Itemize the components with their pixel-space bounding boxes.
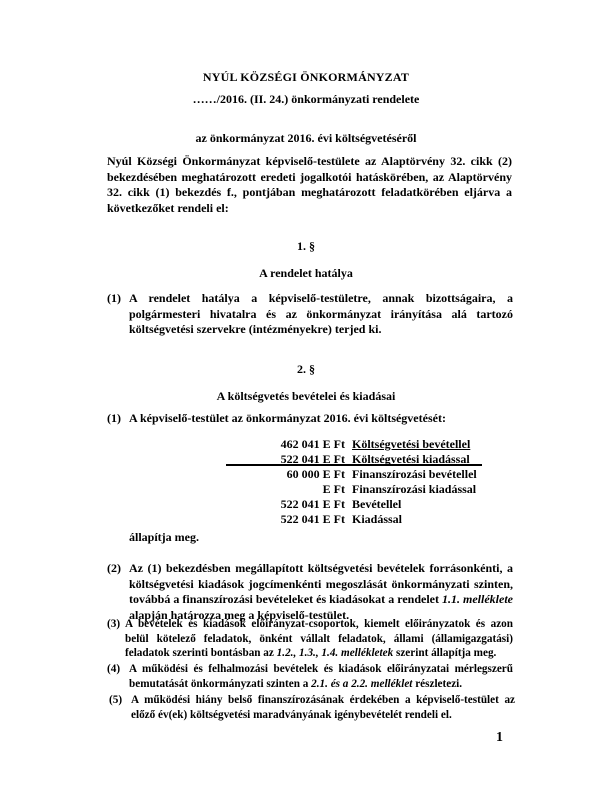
budget-label: Bevétellel [352, 497, 401, 512]
item-text: A képviselő-testület az önkormányzat 201… [129, 411, 513, 427]
item-number: (2) [107, 561, 121, 577]
item-number: (1) [107, 411, 121, 427]
budget-label: Finanszírozási bevétellel [352, 467, 477, 482]
section-1-number: 1. § [0, 239, 612, 254]
budget-label: Kiadással [352, 512, 402, 527]
item-text: Az (1) bekezdésben megállapított költség… [129, 561, 513, 623]
budget-row: E FtFinanszírozási kiadással [226, 482, 488, 497]
budget-amount: 522 041 E Ft [281, 497, 345, 512]
budget-row: 522 041 E FtBevétellel [226, 497, 488, 512]
item-text: A működési és felhalmozási bevételek és … [129, 662, 513, 691]
regulation-number: ……/2016. (II. 24.) önkormányzati rendele… [0, 92, 612, 107]
budget-amount: 522 041 E Ft [281, 512, 345, 527]
annex-reference: 1.2., 1.3., 1.4. mellékletek [277, 647, 394, 659]
preamble: Nyúl Községi Önkormányzat képviselő-test… [107, 154, 512, 216]
budget-row: 462 041 E FtKöltségvetési bevétellel [226, 437, 488, 452]
budget-label: Költségvetési bevétellel [352, 437, 470, 452]
section-2-title: A költségvetés bevételei és kiadásai [0, 389, 612, 404]
section-2-item-3: (3) A bevételek és kiadások előirányzat-… [107, 617, 513, 661]
item-text: A bevételek és kiadások előirányzat-csop… [125, 617, 513, 661]
section-1-item-1: (1) A rendelet hatálya a képviselő-testü… [107, 291, 513, 338]
budget-closing-text: állapítja meg. [129, 530, 199, 545]
section-1-title: A rendelet hatálya [0, 266, 612, 281]
budget-row: 522 041 E FtKiadással [226, 512, 488, 527]
section-2-item-2: (2) Az (1) bekezdésben megállapított köl… [107, 561, 513, 623]
section-2-item-1: (1) A képviselő-testület az önkormányzat… [107, 411, 513, 427]
item-text: A működési hiány belső finanszírozásának… [131, 693, 515, 722]
regulation-subject: az önkormányzat 2016. évi költségvetésér… [0, 131, 612, 146]
budget-amount: 60 000 E Ft [287, 467, 345, 482]
budget-amount: E Ft [323, 482, 345, 497]
budget-row: 60 000 E FtFinanszírozási bevétellel [226, 467, 488, 482]
budget-summary-table: 462 041 E FtKöltségvetési bevétellel522 … [226, 437, 488, 527]
section-2-item-5: (5) A működési hiány belső finanszírozás… [109, 693, 515, 722]
item-text: A rendelet hatálya a képviselő-testületr… [129, 291, 513, 338]
section-2-number: 2. § [0, 362, 612, 377]
page-number: 1 [496, 730, 503, 746]
budget-amount: 462 041 E Ft [281, 437, 345, 452]
annex-reference: 1.1. melléklete [442, 592, 513, 606]
item-number: (4) [107, 662, 120, 677]
budget-label: Finanszírozási kiadással [352, 482, 476, 497]
annex-reference: 2.1. és a 2.2. melléklet [311, 678, 412, 690]
section-2-item-4: (4) A működési és felhalmozási bevételek… [107, 662, 513, 691]
item-number: (5) [109, 693, 122, 708]
document-title: NYÚL KÖZSÉGI ÖNKORMÁNYZAT [0, 70, 612, 85]
budget-divider-line [226, 464, 482, 466]
item-number: (3) [107, 617, 120, 632]
item-number: (1) [107, 291, 121, 307]
